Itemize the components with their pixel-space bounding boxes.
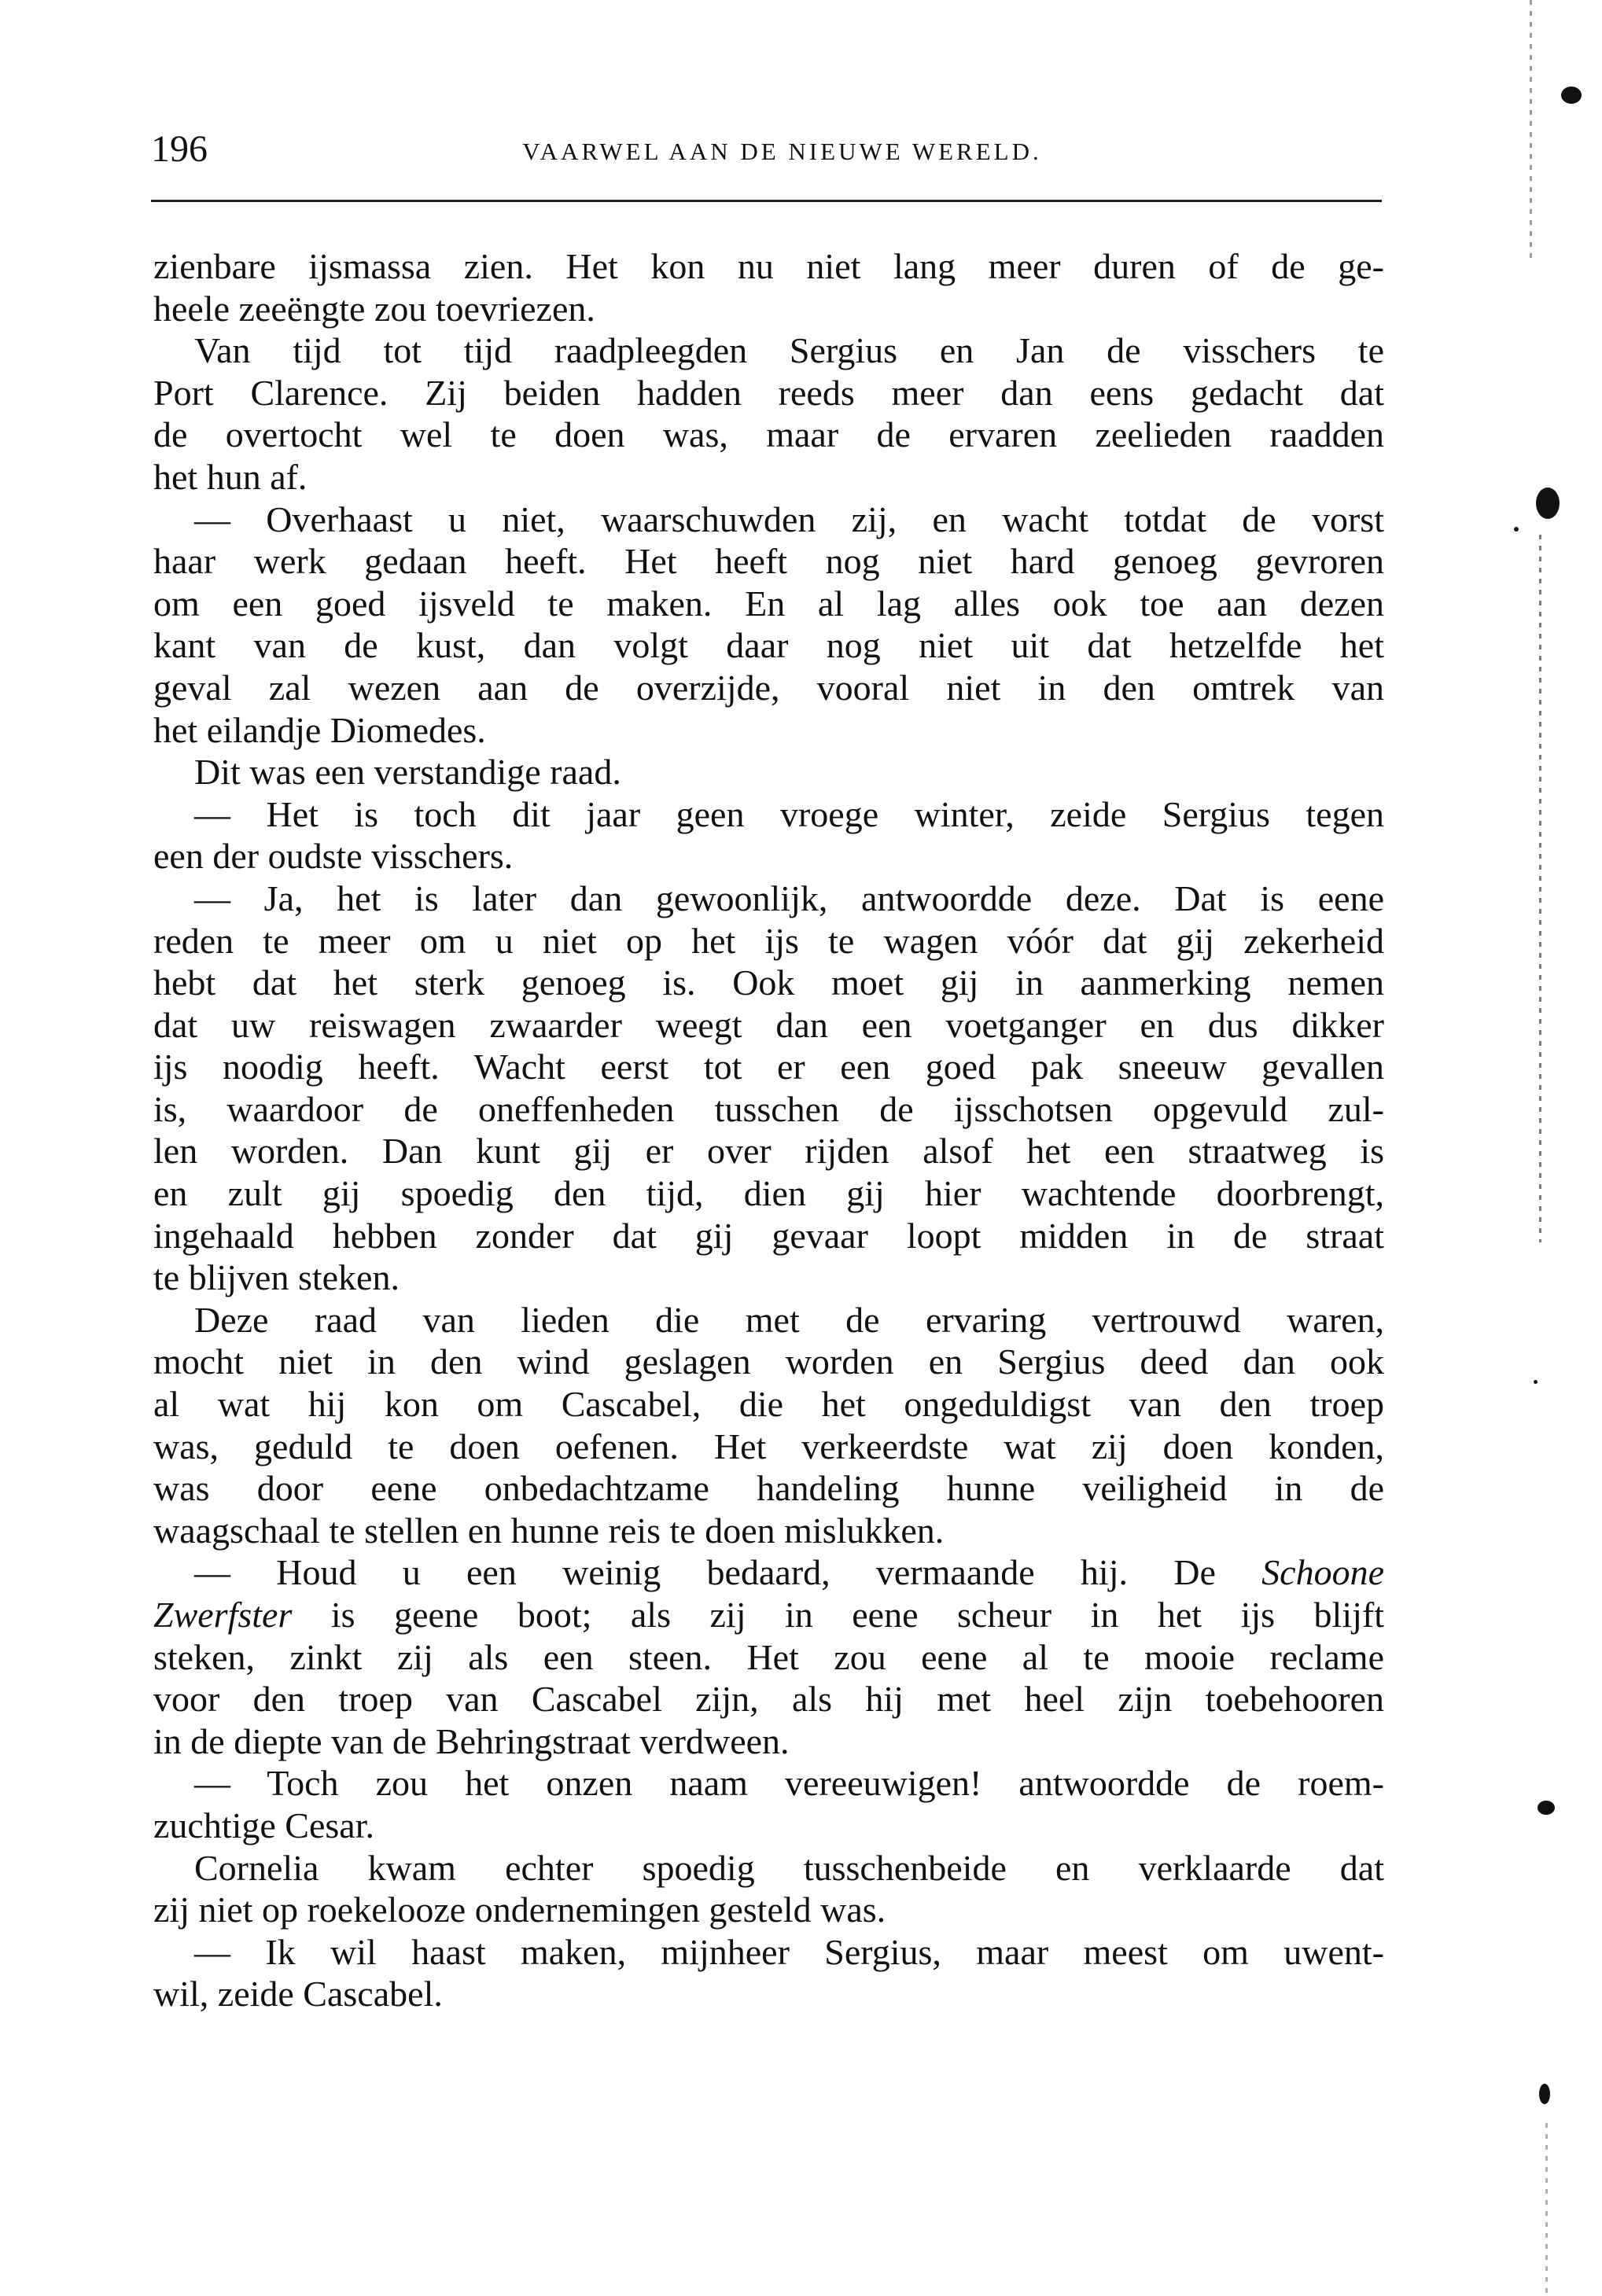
text-line: Zwerfster is geene boot; als zij in eene… [153, 1594, 1384, 1636]
text-line: Cornelia kwam echter spoedig tusschenbei… [153, 1847, 1384, 1889]
text-line: Van tijd tot tijd raadpleegden Sergius e… [153, 329, 1384, 372]
running-title: VAARWEL AAN DE NIEUWE WERELD. [151, 131, 1382, 173]
text-line: de overtocht wel te doen was, maar de er… [153, 414, 1384, 456]
text-line: waagschaal te stellen en hunne reis te d… [153, 1510, 1384, 1552]
text-line: was door eene onbedachtzame handeling hu… [153, 1467, 1384, 1510]
running-head: 196 VAARWEL AAN DE NIEUWE WERELD. [151, 126, 1382, 173]
text-line: haar werk gedaan heeft. Het heeft nog ni… [153, 540, 1384, 583]
text-line: Deze raad van lieden die met de ervaring… [153, 1299, 1384, 1341]
text-line: het eilandje Diomedes. [153, 709, 1384, 752]
book-page: 196 VAARWEL AAN DE NIEUWE WERELD. zienba… [0, 0, 1602, 2296]
text-line: het hun af. [153, 456, 1384, 499]
text-line: ingehaald hebben zonder dat gij gevaar l… [153, 1215, 1384, 1257]
text-line: reden te meer om u niet op het ijs te wa… [153, 920, 1384, 962]
text-line: mocht niet in den wind geslagen worden e… [153, 1341, 1384, 1383]
header-rule [151, 200, 1382, 202]
italic-title: Zwerfster [153, 1595, 292, 1635]
body-text: zienbare ijsmassa zien. Het kon nu niet … [153, 245, 1384, 2015]
text-line: te blijven steken. [153, 1257, 1384, 1299]
text-line: zuchtige Cesar. [153, 1805, 1384, 1847]
text-line: Port Clarence. Zij beiden hadden reeds m… [153, 372, 1384, 414]
text-line: is, waardoor de oneffenheden tusschen de… [153, 1088, 1384, 1131]
scan-edge-artifacts [1498, 0, 1602, 2296]
text-line: hebt dat het sterk genoeg is. Ook moet g… [153, 962, 1384, 1004]
text-line: ijs noodig heeft. Wacht eerst tot er een… [153, 1046, 1384, 1088]
text-line: Dit was een verstandige raad. [153, 751, 1384, 793]
text-line: wil, zeide Cascabel. [153, 1973, 1384, 2015]
text-line: zienbare ijsmassa zien. Het kon nu niet … [153, 245, 1384, 288]
text-line: was, geduld te doen oefenen. Het verkeer… [153, 1426, 1384, 1468]
text-line: — Ik wil haast maken, mijnheer Sergius, … [153, 1931, 1384, 1974]
text-line: dat uw reiswagen zwaarder weegt dan een … [153, 1004, 1384, 1047]
text-line: — Houd u een weinig bedaard, vermaande h… [153, 1551, 1384, 1594]
text-line: zij niet op roekelooze ondernemingen ges… [153, 1889, 1384, 1931]
text-line: kant van de kust, dan volgt daar nog nie… [153, 624, 1384, 667]
text-line: len worden. Dan kunt gij er over rijden … [153, 1130, 1384, 1172]
text-line: — Overhaast u niet, waarschuwden zij, en… [153, 499, 1384, 541]
text-line: — Ja, het is later dan gewoonlijk, antwo… [153, 878, 1384, 920]
text-line: geval zal wezen aan de overzijde, vooral… [153, 667, 1384, 709]
text-line: steken, zinkt zij als een steen. Het zou… [153, 1636, 1384, 1679]
text-line: al wat hij kon om Cascabel, die het onge… [153, 1383, 1384, 1426]
italic-title: Schoone [1261, 1552, 1384, 1592]
text-line: — Het is toch dit jaar geen vroege winte… [153, 793, 1384, 836]
text-line: heele zeeëngte zou toevriezen. [153, 288, 1384, 330]
text-line: in de diepte van de Behringstraat verdwe… [153, 1720, 1384, 1763]
text-line: en zult gij spoedig den tijd, dien gij h… [153, 1172, 1384, 1215]
text-line: voor den troep van Cascabel zijn, als hi… [153, 1678, 1384, 1720]
text-line: — Toch zou het onzen naam vereeuwigen! a… [153, 1762, 1384, 1805]
text-line: een der oudste visschers. [153, 835, 1384, 878]
text-line: om een goed ijsveld te maken. En al lag … [153, 583, 1384, 625]
